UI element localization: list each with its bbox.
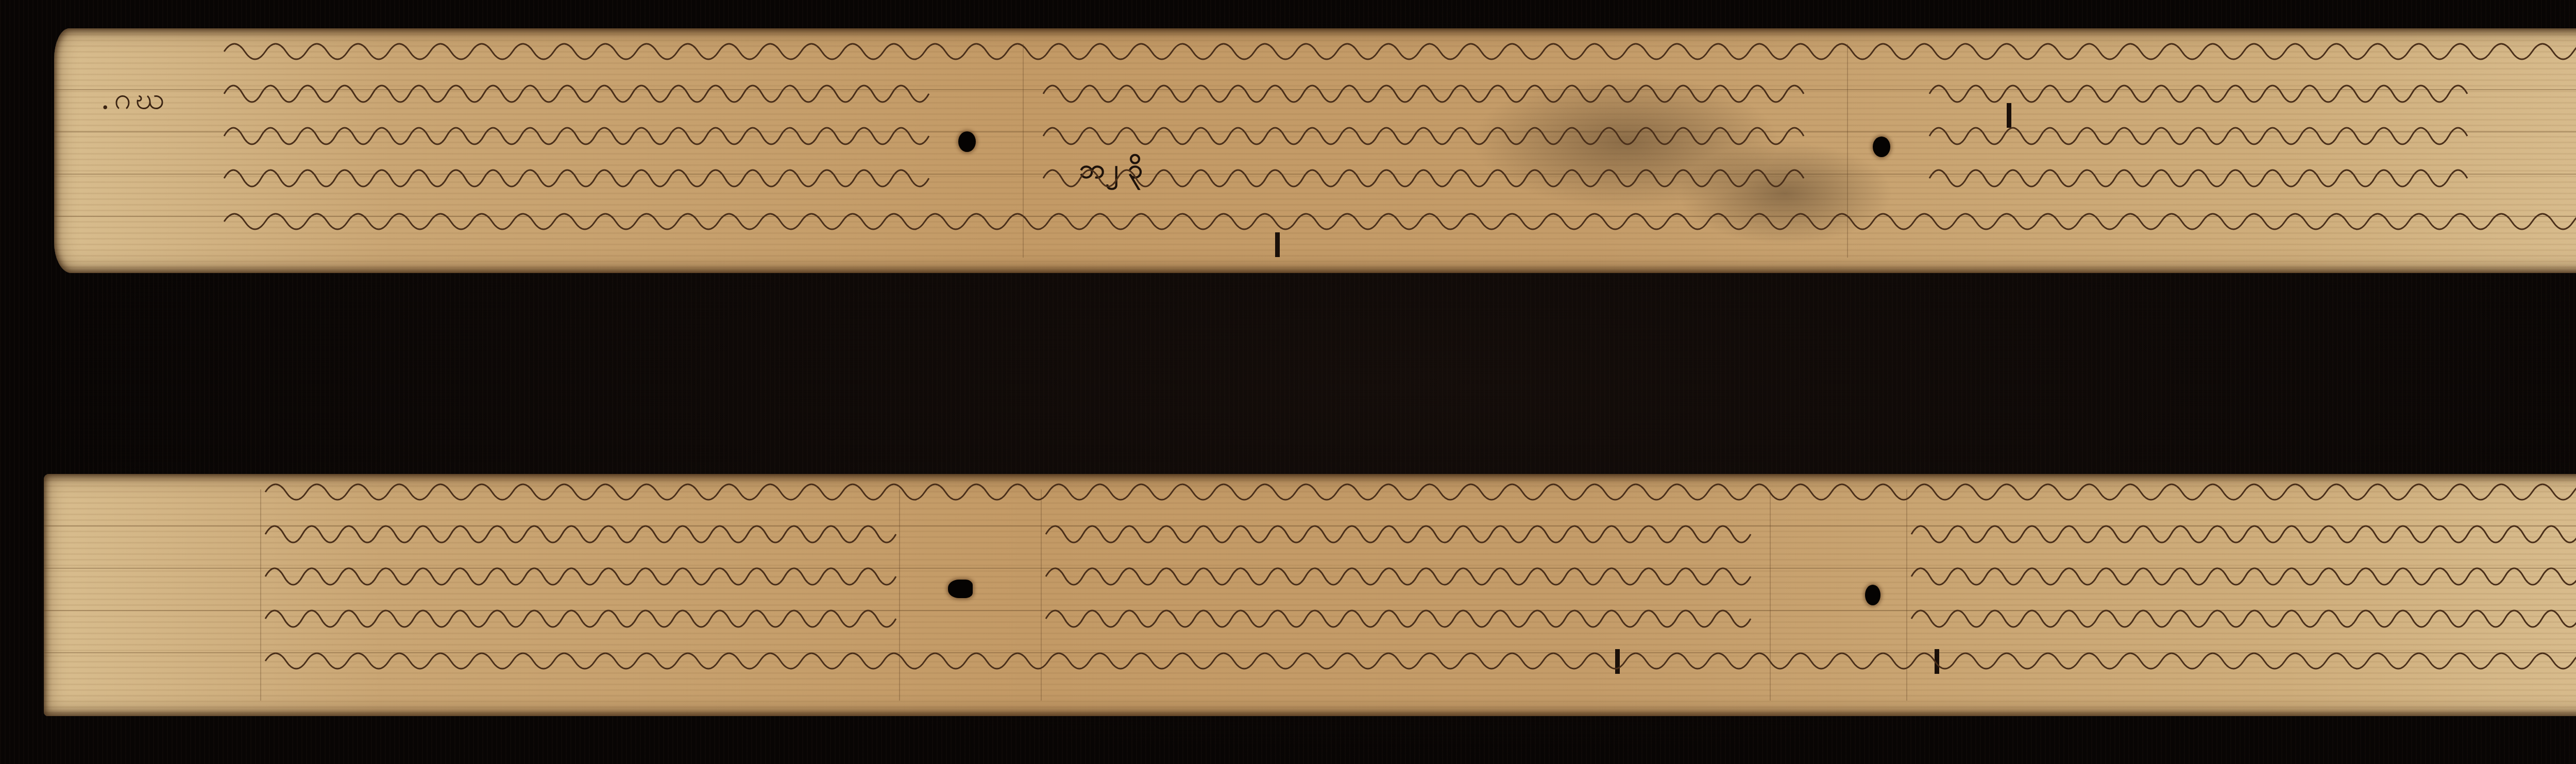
script-line-3a <box>224 113 935 149</box>
folio-number: .ဂဃ <box>100 80 168 124</box>
script-line-4c <box>1911 596 2576 632</box>
string-hole-right <box>1865 585 1880 605</box>
script-line-3b <box>1043 113 1816 149</box>
script-line-4c <box>1929 155 2476 191</box>
script-line-2b <box>1043 71 1816 107</box>
script-line-3b <box>1046 553 1762 589</box>
script-line-4b <box>1046 596 1762 632</box>
script-line-5 <box>265 638 2576 674</box>
script-line-2c <box>1911 511 2576 547</box>
script-line-1 <box>224 28 2576 64</box>
string-hole-right <box>1873 137 1890 157</box>
script-line-1 <box>265 469 2576 505</box>
palm-leaf-top: .ဂဃ ဘ၂ ၃ိ <box>54 28 2576 273</box>
script-line-2b <box>1046 511 1762 547</box>
ink-mark <box>1275 232 1280 257</box>
script-line-4a <box>265 596 894 632</box>
script-line-2a <box>265 511 894 547</box>
script-line-3a <box>265 553 894 589</box>
script-line-4b <box>1043 155 1816 191</box>
script-line-3c <box>1929 113 2476 149</box>
script-line-4a <box>224 155 935 191</box>
palm-leaf-bottom <box>44 474 2576 716</box>
string-hole-left <box>948 580 973 598</box>
column-rule <box>260 489 261 701</box>
string-hole-left <box>958 131 976 152</box>
script-line-2c <box>1929 71 2476 107</box>
script-line-2a <box>224 71 935 107</box>
script-line-5 <box>224 198 2576 234</box>
script-line-3c <box>1911 553 2576 589</box>
